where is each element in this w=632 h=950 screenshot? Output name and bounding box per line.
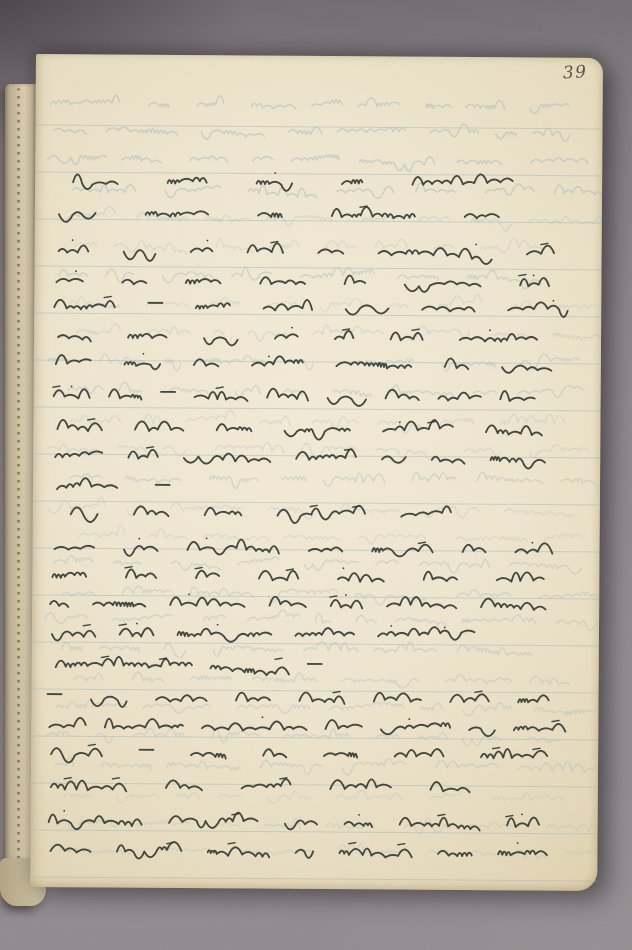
bleedthrough-layer	[43, 95, 603, 860]
perforation-dots	[17, 88, 20, 900]
photo-background: 39	[0, 0, 632, 950]
ruled-lines-layer	[30, 125, 602, 881]
page-number: 39	[563, 62, 589, 84]
notebook-page: 39	[30, 54, 603, 891]
handwriting-layer	[30, 54, 603, 891]
